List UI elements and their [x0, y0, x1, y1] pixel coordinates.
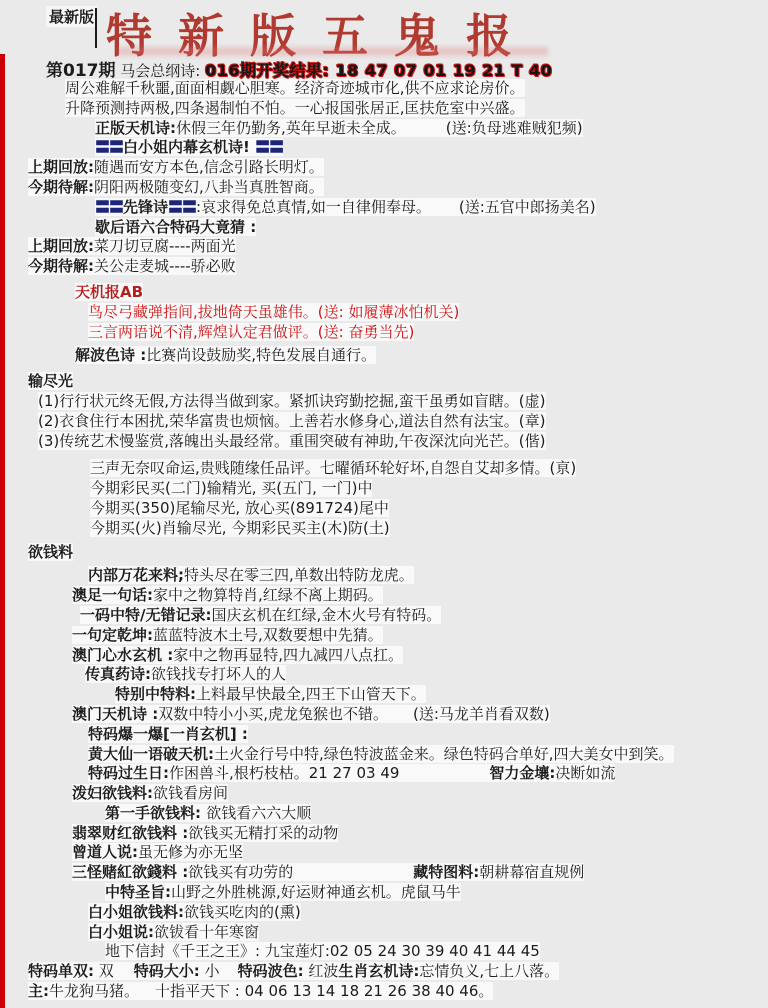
text-segment: 三言两语说不清,辉煌认定君做评。(送: 奋勇当先) [88, 323, 414, 341]
text-line: 主:牛龙狗马猪。十指平天下 : 04 06 13 14 18 21 26 38 … [0, 982, 768, 1002]
text-segment: 周公难解千秋噩,面面相觑心胆寒。经济奇迹城市化,供不应求论房价。 [65, 79, 525, 97]
line-content: 上期回放:随遇而安方本色,信念引路长明灯。 [28, 158, 324, 176]
line-content: 鸟尽弓藏弹指间,拔地倚天虽雄伟。(送: 如履薄冰怕机关) [88, 303, 459, 321]
text-segment: 作困兽斗,根朽枝枯。21 27 03 49 [169, 764, 399, 782]
text-segment: 特码单双: [28, 962, 94, 980]
line-content: 天机报AB [75, 283, 143, 301]
text-segment: 传真药诗: [85, 665, 151, 683]
line-content: 特码爆一爆[一肖玄机] : [88, 725, 248, 743]
text-segment: 虽无修为亦无坚 [138, 843, 243, 861]
double-bar-icon: 〓〓 [168, 198, 196, 216]
text-segment: 山野之外胜桃源,好运财神通玄机。虎鼠马牛 [171, 883, 461, 901]
text-segment: :哀求得免总真情,如一自律佣奉母。 [196, 198, 431, 216]
text-segment: 内部万花来料; [88, 566, 184, 584]
text-segment: (送:负母逃难贼犯频) [446, 119, 583, 137]
text-line: 澳门天机诗 :双数中特小小买,虎龙兔猴也不错。(送:马龙羊肖看双数) [0, 705, 768, 725]
text-segment: 今期买(火)肖输尽光, 今期彩民买主(木)防(土) [90, 519, 390, 537]
line-content: 升降预测持两极,四条遏制怕不怕。一心报国张居正,匡扶危室中兴盛。 [65, 99, 525, 117]
text-line: 一码中特/无错记录:国庆玄机在红绿,金木火号有特码。 [0, 606, 768, 626]
line-content: (1)行行状元终无假,方法得当做到家。紧抓诀窍勤挖掘,蛮干虽勇如盲瞎。(虚) [38, 392, 546, 410]
text-segment: 上料最早快最全,四王下山管天下。 [196, 685, 426, 703]
line-content: 输尽光 [28, 372, 73, 390]
text-segment: 牛龙狗马猪。 [49, 982, 139, 1000]
text-segment: 藏特图料: [413, 863, 479, 881]
text-segment: 特码爆一爆[一肖玄机] : [88, 725, 248, 743]
line-content: 今期待解:关公走麦城----骄必败 [28, 257, 236, 275]
issue-line: 第017期 马会总纲诗: 016期开奖结果: 18 47 07 01 19 21… [46, 56, 552, 81]
line-content: 第一手欲钱料: 欲钱看六六大顺 [105, 804, 311, 822]
text-line: 内部万花来料;特头尽在零三四,单数出特防龙虎。 [0, 566, 768, 586]
five-ghost-report-page: 最新版 特新版五鬼报 第017期 马会总纲诗: 016期开奖结果: 18 47 … [0, 0, 768, 1008]
issue-number: 第017期 [46, 61, 116, 81]
double-bar-icon: 〓〓 [95, 198, 123, 216]
text-segment: 家中之物算特肖,红绿不离上期码。 [153, 586, 383, 604]
text-segment: 忘情负义,七上八落。 [419, 962, 559, 980]
edition-label: 最新版 [46, 6, 97, 27]
line-content: 特码过生日:作困兽斗,根朽枝枯。21 27 03 49智力金壤:决断如流 [88, 764, 615, 782]
text-line: 今期彩民买(二门)输精光, 买(五门, 一门)中 [0, 479, 768, 499]
line-content: 白小姐欲钱料:欲钱买吃肉的(熏) [88, 903, 301, 921]
text-line: 三怪赌紅欲錢料 :欲钱买有功劳的藏特图料:朝耕幕宿直规例 [0, 863, 768, 883]
line-content: 内部万花来料;特头尽在零三四,单数出特防龙虎。 [88, 566, 414, 584]
line-content: 上期回放:菜刀切豆腐----两面光 [28, 237, 236, 255]
text-line: 三声无奈叹命运,贵贱随缘任品评。七曜循环轮好坏,自怨自艾却多情。(亰) [0, 459, 768, 479]
line-content: 〓〓白小姐内幕玄机诗! 〓〓 [95, 138, 283, 156]
text-segment: 今期待解: [28, 178, 94, 196]
text-segment: 白小姐内幕玄机诗! [123, 138, 255, 156]
text-line: 今期买(火)肖输尽光, 今期彩民买主(木)防(土) [0, 519, 768, 539]
text-line: 上期回放:随遇而安方本色,信念引路长明灯。 [0, 158, 768, 178]
text-line: 〓〓先锋诗〓〓:哀求得免总真情,如一自律佣奉母。(送:五官中郎扬美名) [0, 198, 768, 218]
text-line: 曾道人说:虽无修为亦无坚 [0, 843, 768, 863]
issue-label: 马会总纲诗: [120, 62, 200, 80]
double-bar-icon: 〓〓 [95, 138, 123, 156]
text-segment: 先锋诗 [123, 198, 168, 216]
text-line: 今期待解:关公走麦城----骄必败 [0, 257, 768, 277]
text-segment: 今期待解: [28, 257, 94, 275]
text-line: 白小姐说:欲钹看十年寒窗 [0, 923, 768, 943]
text-line: 地下信封《千王之王》: 九宝莲灯:02 05 24 30 39 40 41 44… [0, 942, 768, 962]
text-segment: 一句定乾坤: [72, 626, 153, 644]
line-content: 泼妇欲钱料:欲钱看房间 [72, 784, 228, 802]
text-line: 周公难解千秋噩,面面相觑心胆寒。经济奇迹城市化,供不应求论房价。 [0, 79, 768, 99]
text-segment: 红波 [304, 962, 339, 980]
text-segment: 地下信封《千王之王》: 九宝莲灯:02 05 24 30 39 40 41 44… [105, 942, 540, 960]
text-segment: 主: [28, 982, 49, 1000]
text-line: 天机报AB [0, 283, 768, 303]
report-body: 周公难解千秋噩,面面相觑心胆寒。经济奇迹城市化,供不应求论房价。升降预测持两极,… [0, 79, 768, 1002]
text-segment: 关公走麦城----骄必败 [94, 257, 236, 275]
text-segment: 上期回放: [28, 237, 94, 255]
text-line: 三言两语说不清,辉煌认定君做评。(送: 奋勇当先) [0, 323, 768, 343]
text-line: (3)传统艺术慢鉴赏,落魄出头最经常。重围突破有神助,午夜深沈向光芒。(偕) [0, 432, 768, 452]
text-segment: 三怪赌紅欲錢料 : [72, 863, 188, 881]
text-segment: 升降预测持两极,四条遏制怕不怕。一心报国张居正,匡扶危室中兴盛。 [65, 99, 525, 117]
text-line: (1)行行状元终无假,方法得当做到家。紧抓诀窍勤挖掘,蛮干虽勇如盲瞎。(虚) [0, 392, 768, 412]
text-line: 上期回放:菜刀切豆腐----两面光 [0, 237, 768, 257]
text-segment: 双 [94, 962, 114, 980]
text-segment: 上期回放: [28, 158, 94, 176]
line-content: 翡翠财红欲钱料 :欲钱买无精打采的动物 [72, 824, 338, 842]
text-line: 今期买(350)尾输尽光, 放心买(891724)尾中 [0, 499, 768, 519]
text-line: 澳门心水玄机 :家中之物再显特,四九减四八点扛。 [0, 646, 768, 666]
text-segment: 解波色诗 : [75, 346, 146, 364]
line-content: 黄大仙一语破天机:土火金行号中特,绿色特波蓝金来。绿色特码合单好,四大美女中到笑… [88, 745, 674, 763]
text-line: 传真药诗:欲钱找专打坏人的人 [0, 665, 768, 685]
line-content: (3)传统艺术慢鉴赏,落魄出头最经常。重围突破有神助,午夜深沈向光芒。(偕) [38, 432, 546, 450]
text-segment: 双数中特小小买,虎龙兔猴也不错。 [158, 705, 388, 723]
title-divider [95, 8, 97, 48]
text-segment: 欲钱买无精打采的动物 [188, 824, 338, 842]
text-segment: 蓝蓝特波木土号,双数要想中先猜。 [153, 626, 383, 644]
text-segment: 欲钱看六六大顺 [206, 804, 311, 822]
line-content: 今期彩民买(二门)输精光, 买(五门, 一门)中 [90, 479, 372, 497]
line-content: 今期买(350)尾输尽光, 放心买(891724)尾中 [90, 499, 389, 517]
line-content: 一句定乾坤:蓝蓝特波木土号,双数要想中先猜。 [72, 626, 383, 644]
line-content: 歇后语六合特码大竟猜 : [95, 218, 256, 236]
line-content: 地下信封《千王之王》: 九宝莲灯:02 05 24 30 39 40 41 44… [105, 942, 540, 960]
text-segment: 菜刀切豆腐----两面光 [94, 237, 236, 255]
text-line: 特码单双: 双特码大小: 小特码波色: 红波生肖玄机诗:忘情负义,七上八落。 [0, 962, 768, 982]
text-segment: (2)衣食住行本困扰,荣华富贵也烦恼。上善若水修身心,道法自然有法宝。(章) [38, 412, 546, 430]
text-segment: (3)传统艺术慢鉴赏,落魄出头最经常。重围突破有神助,午夜深沈向光芒。(偕) [38, 432, 546, 450]
text-line: 白小姐欲钱料:欲钱买吃肉的(熏) [0, 903, 768, 923]
line-content: 中特圣旨:山野之外胜桃源,好运财神通玄机。虎鼠马牛 [105, 883, 461, 901]
text-segment: 正版天机诗: [95, 119, 176, 137]
text-segment: (1)行行状元终无假,方法得当做到家。紧抓诀窍勤挖掘,蛮干虽勇如盲瞎。(虚) [38, 392, 546, 410]
text-segment: 特码大小: [134, 962, 200, 980]
text-segment: 国庆玄机在红绿,金木火号有特码。 [211, 606, 441, 624]
line-content: 澳门天机诗 :双数中特小小买,虎龙兔猴也不错。(送:马龙羊肖看双数) [72, 705, 550, 723]
text-segment: 阴阳两极随变幻,八卦当真胜智商。 [94, 178, 324, 196]
text-line: 正版天机诗:休假三年仍勤务,英年早逝未全成。(送:负母逃难贼犯频) [0, 119, 768, 139]
text-segment: 黄大仙一语破天机: [88, 745, 214, 763]
text-segment: 中特圣旨: [105, 883, 171, 901]
text-segment: 澳门心水玄机 : [72, 646, 173, 664]
text-segment: 白小姐说: [88, 923, 154, 941]
line-content: 三怪赌紅欲錢料 :欲钱买有功劳的藏特图料:朝耕幕宿直规例 [72, 863, 584, 881]
line-content: 〓〓先锋诗〓〓:哀求得免总真情,如一自律佣奉母。(送:五官中郎扬美名) [95, 198, 596, 216]
text-segment: 欲钱看房间 [153, 784, 228, 802]
text-segment: 比赛尚设鼓励奖,特色发展自通行。 [146, 346, 376, 364]
text-segment: 欲钱找专打坏人的人 [151, 665, 286, 683]
text-segment: 天机报AB [75, 283, 143, 301]
text-segment: 家中之物再显特,四九减四八点扛。 [173, 646, 403, 664]
text-segment: 土火金行号中特,绿色特波蓝金来。绿色特码合单好,四大美女中到笑。 [214, 745, 674, 763]
line-content: 今期买(火)肖输尽光, 今期彩民买主(木)防(土) [90, 519, 390, 537]
text-line: 歇后语六合特码大竟猜 : [0, 218, 768, 238]
line-content: 今期待解:阴阳两极随变幻,八卦当真胜智商。 [28, 178, 324, 196]
line-content: 特别中特料:上料最早快最全,四王下山管天下。 [115, 685, 426, 703]
line-content: 解波色诗 :比赛尚设鼓励奖,特色发展自通行。 [75, 346, 376, 364]
line-content: 三声无奈叹命运,贵贱随缘任品评。七曜循环轮好坏,自怨自艾却多情。(亰) [90, 459, 576, 477]
text-line: 翡翠财红欲钱料 :欲钱买无精打采的动物 [0, 824, 768, 844]
text-line: 今期待解:阴阳两极随变幻,八卦当真胜智商。 [0, 178, 768, 198]
line-content: 主:牛龙狗马猪。十指平天下 : 04 06 13 14 18 21 26 38 … [28, 982, 493, 1000]
text-segment: 今期买(350)尾输尽光, 放心买(891724)尾中 [90, 499, 389, 517]
text-segment: (送:五官中郎扬美名) [459, 198, 596, 216]
line-content: 曾道人说:虽无修为亦无坚 [72, 843, 243, 861]
text-line: 泼妇欲钱料:欲钱看房间 [0, 784, 768, 804]
text-segment: 十指平天下 : 04 06 13 14 18 21 26 38 40 46。 [155, 982, 493, 1000]
text-segment: 欲钹看十年寒窗 [154, 923, 259, 941]
text-segment: 欲钱买有功劳的 [188, 863, 293, 881]
text-segment: 特码过生日: [88, 764, 169, 782]
text-line: 解波色诗 :比赛尚设鼓励奖,特色发展自通行。 [0, 346, 768, 366]
double-bar-icon: 〓〓 [255, 138, 283, 156]
text-segment: 澳门天机诗 : [72, 705, 158, 723]
line-content: 传真药诗:欲钱找专打坏人的人 [85, 665, 286, 683]
text-segment: 泼妇欲钱料: [72, 784, 153, 802]
text-segment: 翡翠财红欲钱料 : [72, 824, 188, 842]
text-segment: 特别中特料: [115, 685, 196, 703]
text-line: 澳足一句话:家中之物算特肖,红绿不离上期码。 [0, 586, 768, 606]
text-line: 特码过生日:作困兽斗,根朽枝枯。21 27 03 49智力金壤:决断如流 [0, 764, 768, 784]
line-content: 白小姐说:欲钹看十年寒窗 [88, 923, 259, 941]
text-line: 特码爆一爆[一肖玄机] : [0, 725, 768, 745]
text-line: 升降预测持两极,四条遏制怕不怕。一心报国张居正,匡扶危室中兴盛。 [0, 99, 768, 119]
text-line: 输尽光 [0, 372, 768, 392]
text-line: 一句定乾坤:蓝蓝特波木土号,双数要想中先猜。 [0, 626, 768, 646]
text-line: 鸟尽弓藏弹指间,拔地倚天虽雄伟。(送: 如履薄冰怕机关) [0, 303, 768, 323]
text-segment: 智力金壤: [489, 764, 555, 782]
text-line: 黄大仙一语破天机:土火金行号中特,绿色特波蓝金来。绿色特码合单好,四大美女中到笑… [0, 745, 768, 765]
text-segment: 歇后语六合特码大竟猜 : [95, 218, 256, 236]
text-line: 第一手欲钱料: 欲钱看六六大顺 [0, 804, 768, 824]
line-content: (2)衣食住行本困扰,荣华富贵也烦恼。上善若水修身心,道法自然有法宝。(章) [38, 412, 546, 430]
line-content: 特码单双: 双特码大小: 小特码波色: 红波生肖玄机诗:忘情负义,七上八落。 [28, 962, 559, 980]
text-segment: 朝耕幕宿直规例 [479, 863, 584, 881]
text-segment: 休假三年仍勤务,英年早逝未全成。 [176, 119, 406, 137]
text-segment: 欲钱料 [28, 543, 73, 561]
text-line: 欲钱料 [0, 543, 768, 563]
text-segment: 欲钱买吃肉的(熏) [184, 903, 301, 921]
text-segment: 鸟尽弓藏弹指间,拔地倚天虽雄伟。(送: 如履薄冰怕机关) [88, 303, 459, 321]
text-segment: 白小姐欲钱料: [88, 903, 184, 921]
line-content: 一码中特/无错记录:国庆玄机在红绿,金木火号有特码。 [80, 606, 441, 624]
text-segment: 今期彩民买(二门)输精光, 买(五门, 一门)中 [90, 479, 372, 497]
text-segment: 生肖玄机诗: [338, 962, 419, 980]
text-segment: 决断如流 [555, 764, 615, 782]
line-content: 欲钱料 [28, 543, 73, 561]
text-segment: 第一手欲钱料: [105, 804, 206, 822]
text-line: 〓〓白小姐内幕玄机诗! 〓〓 [0, 138, 768, 158]
line-content: 澳门心水玄机 :家中之物再显特,四九减四八点扛。 [72, 646, 403, 664]
text-line: 特别中特料:上料最早快最全,四王下山管天下。 [0, 685, 768, 705]
line-content: 三言两语说不清,辉煌认定君做评。(送: 奋勇当先) [88, 323, 414, 341]
text-line: (2)衣食住行本困扰,荣华富贵也烦恼。上善若水修身心,道法自然有法宝。(章) [0, 412, 768, 432]
title-artifact [118, 47, 548, 56]
text-segment: 澳足一句话: [72, 586, 153, 604]
text-line: 中特圣旨:山野之外胜桃源,好运财神通玄机。虎鼠马牛 [0, 883, 768, 903]
line-content: 周公难解千秋噩,面面相觑心胆寒。经济奇迹城市化,供不应求论房价。 [65, 79, 525, 97]
text-segment: 输尽光 [28, 372, 73, 390]
text-segment: 特码波色: [238, 962, 304, 980]
text-segment: (送:马龙羊肖看双数) [413, 705, 550, 723]
text-segment: 三声无奈叹命运,贵贱随缘任品评。七曜循环轮好坏,自怨自艾却多情。(亰) [90, 459, 576, 477]
text-segment: 随遇而安方本色,信念引路长明灯。 [94, 158, 324, 176]
text-segment: 特头尽在零三四,单数出特防龙虎。 [184, 566, 414, 584]
line-content: 澳足一句话:家中之物算特肖,红绿不离上期码。 [72, 586, 383, 604]
text-segment: 一码中特/无错记录: [80, 606, 211, 624]
text-segment: 小 [200, 962, 220, 980]
text-segment: 曾道人说: [72, 843, 138, 861]
draw-result-overlay: 016期开奖结果: 18 47 07 01 19 21 T 40 [205, 61, 552, 80]
line-content: 正版天机诗:休假三年仍勤务,英年早逝未全成。(送:负母逃难贼犯频) [95, 119, 583, 137]
